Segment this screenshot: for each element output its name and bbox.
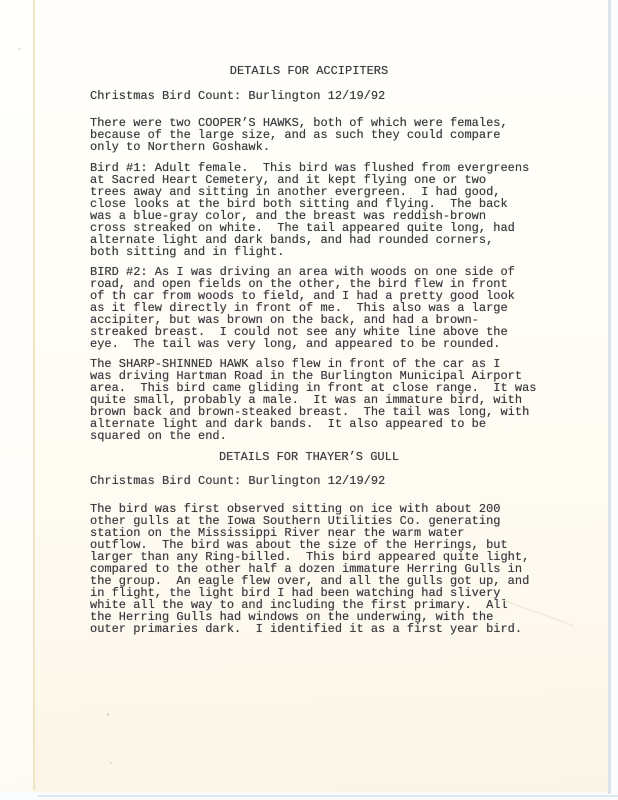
- section-subheading: Christmas Bird Count: Burlington 12/19/9…: [90, 475, 528, 487]
- paragraph-coopers-hawks-intro: There were two COOPER’S HAWKS, both of w…: [90, 117, 528, 153]
- paragraph-thayers-gull: The bird was first observed sitting on i…: [90, 503, 528, 635]
- section-subheading: Christmas Bird Count: Burlington 12/19/9…: [90, 90, 528, 102]
- scan-bottom-edge-line: [38, 795, 618, 797]
- scanned-document-page: DETAILS FOR ACCIPITERS Christmas Bird Co…: [0, 0, 608, 792]
- paper-speck: [18, 48, 21, 50]
- paper-speck: [110, 762, 112, 764]
- section-heading: DETAILS FOR THAYER’S GULL: [90, 451, 528, 463]
- paragraph-bird-1: Bird #1: Adult female. This bird was flu…: [90, 162, 528, 258]
- document-body: DETAILS FOR ACCIPITERS Christmas Bird Co…: [90, 0, 528, 643]
- paper-left-margin-strip: [0, 0, 33, 792]
- paper-speck: [107, 713, 109, 716]
- paper-fold-line: [33, 0, 35, 790]
- section-accipiters: DETAILS FOR ACCIPITERS Christmas Bird Co…: [90, 65, 528, 442]
- paragraph-sharp-shinned-hawk: The SHARP-SHINNED HAWK also flew in fron…: [90, 358, 528, 442]
- section-thayers-gull: DETAILS FOR THAYER’S GULL Christmas Bird…: [90, 451, 528, 635]
- scan-right-edge-line: [608, 0, 611, 794]
- paragraph-bird-2: BIRD #2: As I was driving an area with w…: [90, 266, 528, 350]
- section-heading: DETAILS FOR ACCIPITERS: [90, 65, 528, 77]
